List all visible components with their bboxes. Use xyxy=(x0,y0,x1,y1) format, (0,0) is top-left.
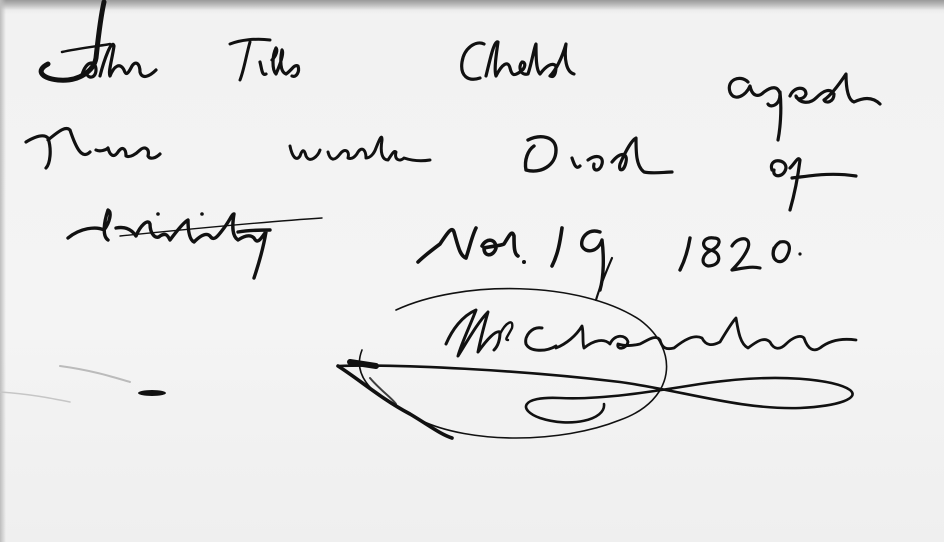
handwritten-line-3 xyxy=(68,210,802,290)
handwritten-line-2 xyxy=(26,128,856,210)
signature xyxy=(338,258,856,438)
handwriting-ink xyxy=(0,0,944,542)
document-page: John Tills Child aged Nine weeks Died of… xyxy=(0,0,944,542)
stray-ink-marks xyxy=(0,366,166,402)
handwritten-line-1 xyxy=(41,2,880,140)
